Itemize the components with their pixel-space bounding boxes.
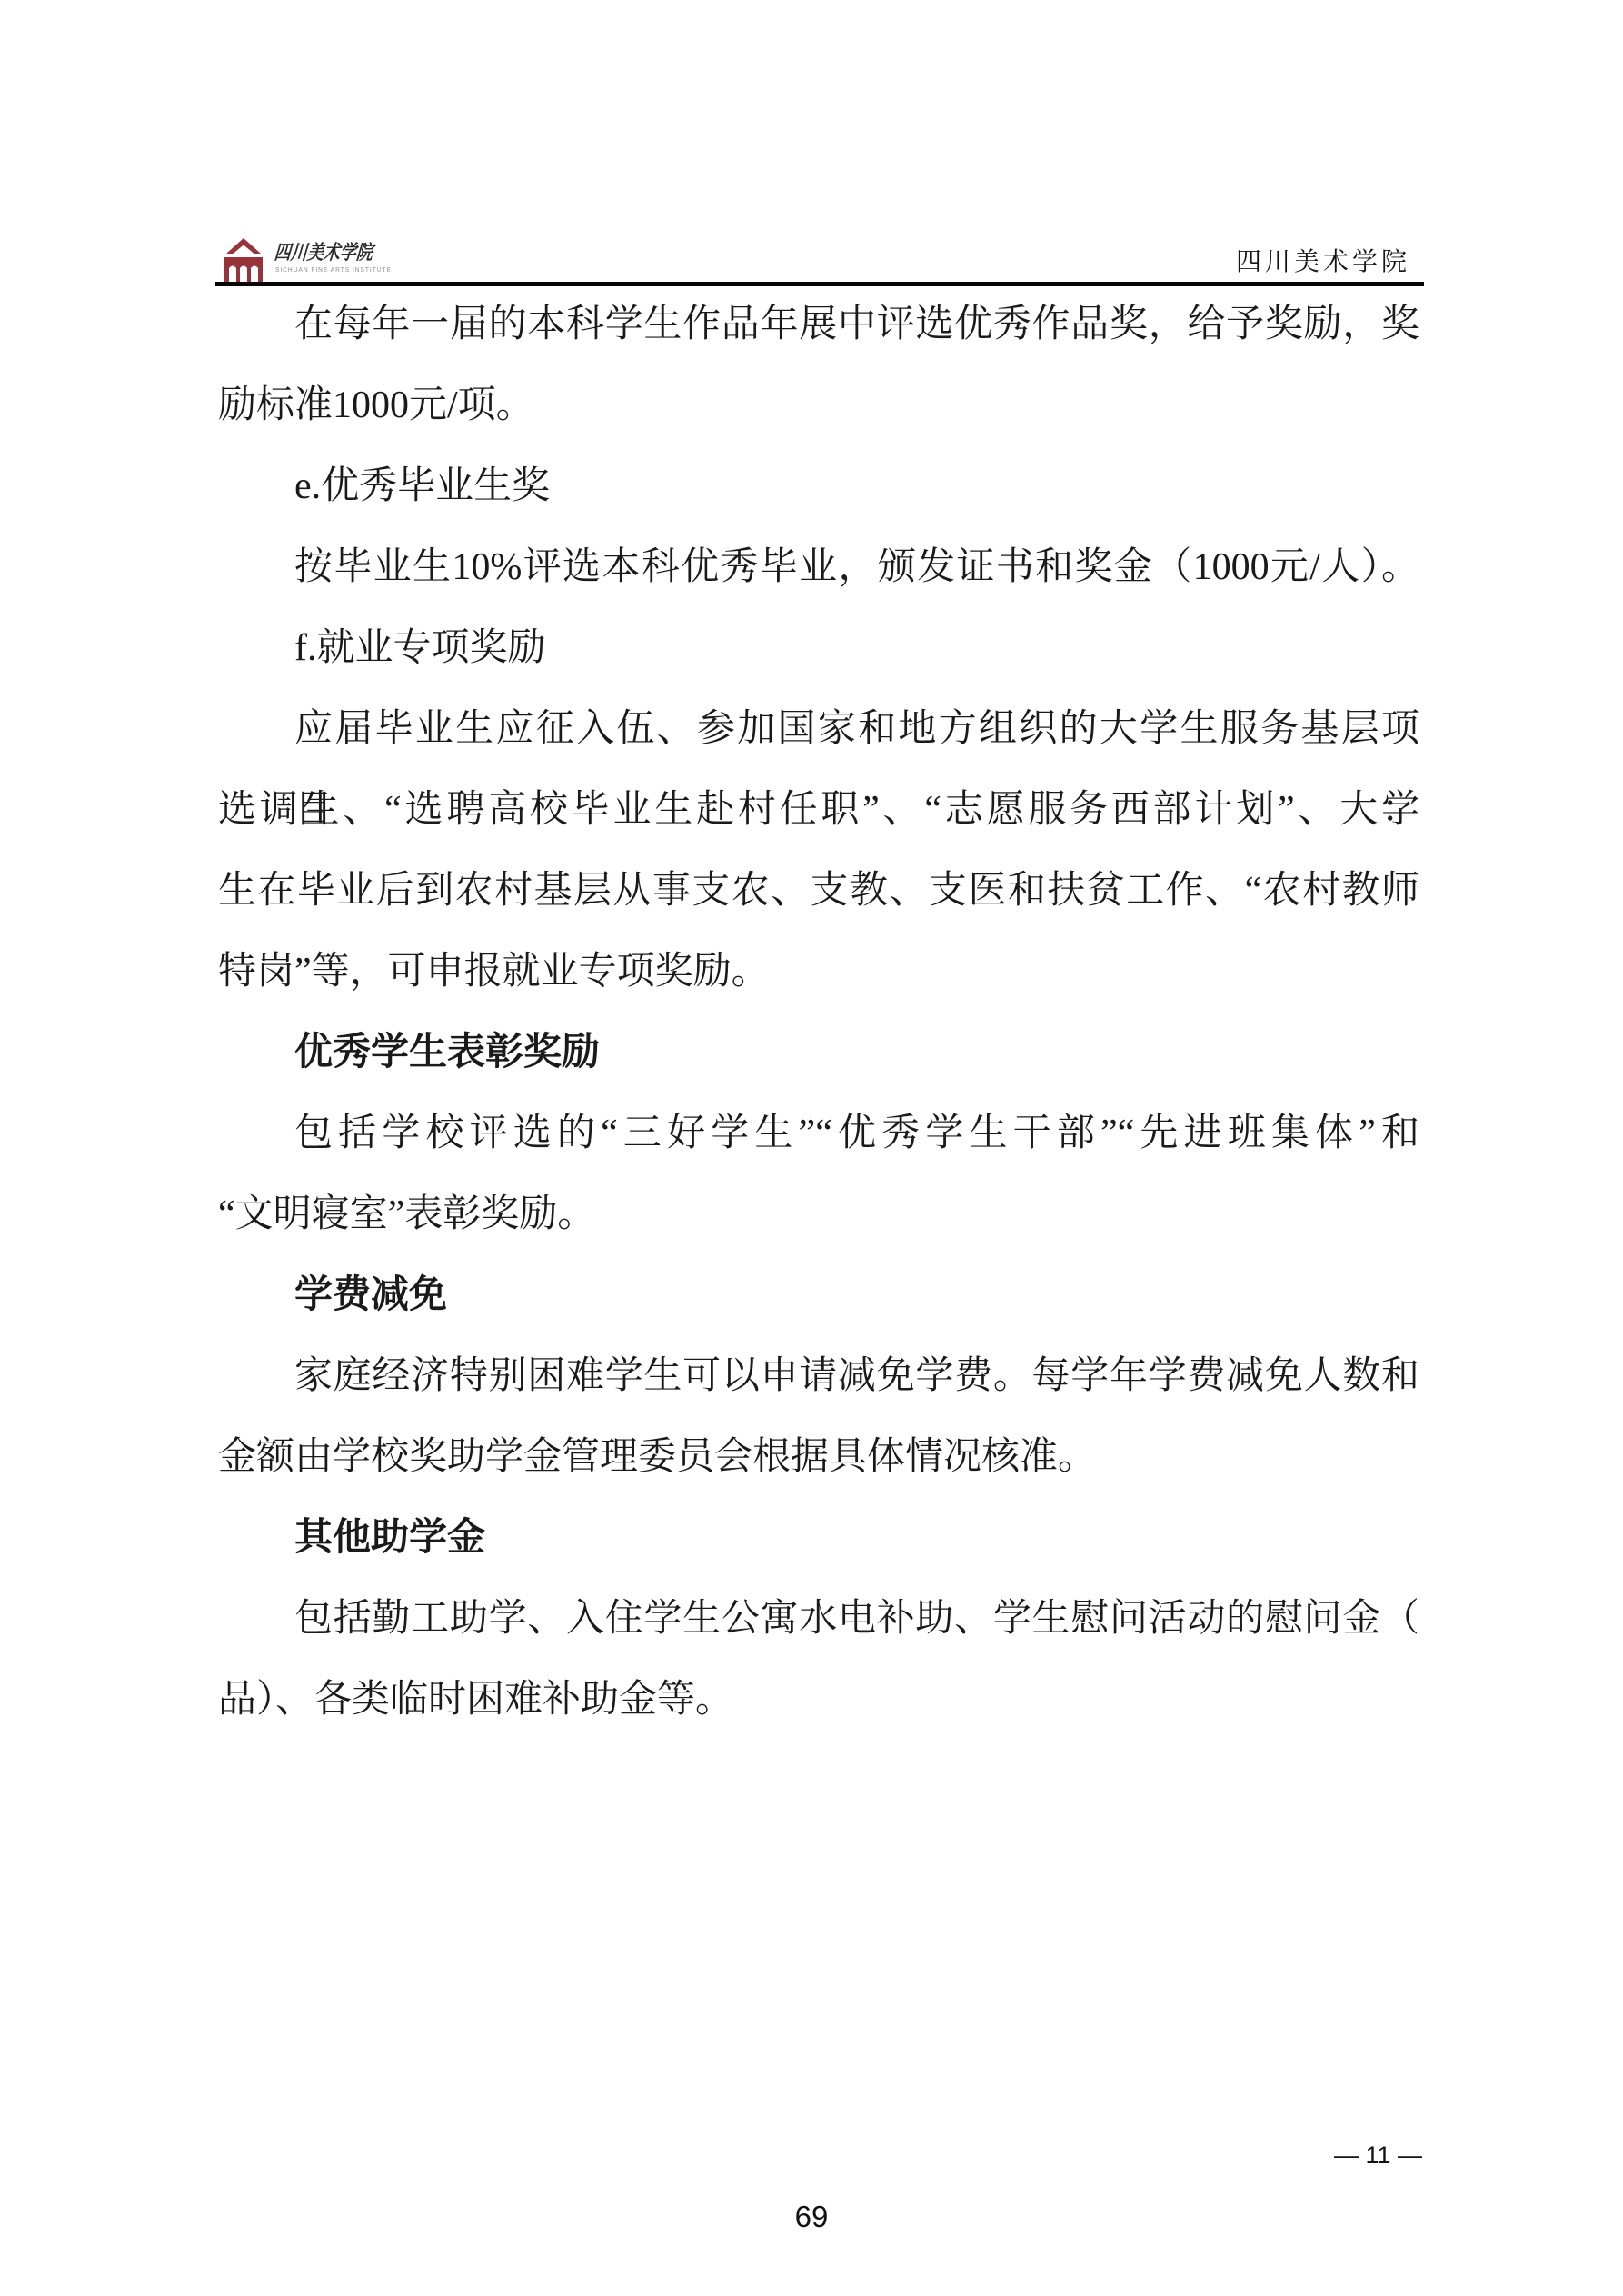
body-line: 家庭经济特别困难学生可以申请减免学费。每学年学费减免人数和 bbox=[218, 1336, 1419, 1417]
body-line: 按毕业生10%评选本科优秀毕业，颁发证书和奖金（1000元/人）。 bbox=[218, 527, 1419, 608]
section-heading: 学费减免 bbox=[218, 1255, 1419, 1336]
body-line: 金额由学校奖助学金管理委员会根据具体情况核准。 bbox=[218, 1417, 1419, 1498]
document-body: 在每年一届的本科学生作品年展中评选优秀作品奖，给予奖励，奖励标准1000元/项。… bbox=[218, 285, 1419, 1741]
body-line: f.就业专项奖励 bbox=[218, 608, 1419, 689]
body-line: 在每年一届的本科学生作品年展中评选优秀作品奖，给予奖励，奖 bbox=[218, 285, 1419, 365]
body-line: 包括学校评选的“三好学生”“优秀学生干部”“先进班集体”和 bbox=[218, 1093, 1419, 1174]
page-number-label: — 11 — bbox=[1334, 2141, 1422, 2170]
header-school-name: 四川美术学院 bbox=[1236, 242, 1410, 278]
body-line: 品）、各类临时困难补助金等。 bbox=[218, 1660, 1419, 1741]
body-line: e.优秀毕业生奖 bbox=[218, 446, 1419, 527]
body-line: “文明寝室”表彰奖励。 bbox=[218, 1174, 1419, 1255]
logo-subtext: SICHUAN FINE ARTS INSTITUTE bbox=[275, 267, 392, 274]
body-line: 包括勤工助学、入住学生公寓水电补助、学生慰问活动的慰问金（ bbox=[218, 1579, 1419, 1660]
sheet-number: 69 bbox=[0, 2200, 1623, 2234]
body-line: 励标准1000元/项。 bbox=[218, 365, 1419, 446]
body-line: 生在毕业后到农村基层从事支农、支教、支医和扶贫工作、“农村教师 bbox=[218, 851, 1419, 932]
body-line: 选调生、“选聘高校毕业生赴村任职”、“志愿服务西部计划”、大学 bbox=[218, 770, 1419, 851]
document-page: 四川美术学院 SICHUAN FINE ARTS INSTITUTE 四川美术学… bbox=[0, 0, 1623, 2296]
logo-script-text: 四川美术学院 bbox=[274, 241, 376, 265]
school-logo: 四川美术学院 SICHUAN FINE ARTS INSTITUTE bbox=[223, 238, 398, 284]
body-line: 应届毕业生应征入伍、参加国家和地方组织的大学生服务基层项目： bbox=[218, 689, 1419, 770]
body-line: 特岗”等，可申报就业专项奖励。 bbox=[218, 932, 1419, 1013]
section-heading: 优秀学生表彰奖励 bbox=[218, 1013, 1419, 1093]
school-emblem-icon bbox=[223, 238, 264, 284]
section-heading: 其他助学金 bbox=[218, 1498, 1419, 1579]
logo-wordmark: 四川美术学院 SICHUAN FINE ARTS INSTITUTE bbox=[275, 238, 398, 274]
